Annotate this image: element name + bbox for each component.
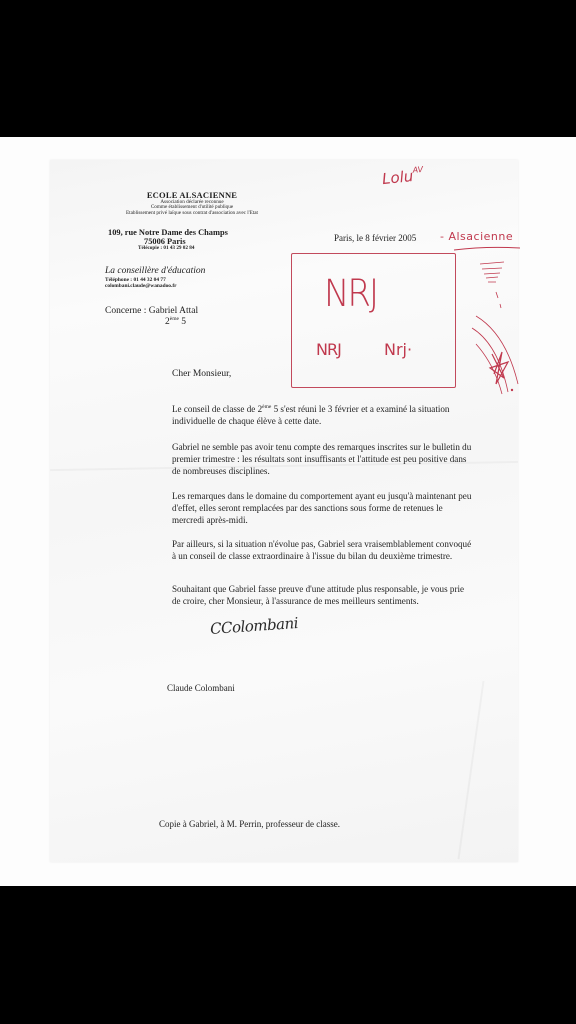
sender-block: La conseillère d'éducation Téléphone : 0…	[105, 266, 205, 289]
paragraph-closing: Souhaitant que Gabriel fasse preuve d'un…	[172, 583, 472, 607]
address-fax: Télécopie : 01 43 29 02 84	[108, 246, 258, 252]
subject-label: Concerne : Gabriel Attal	[105, 306, 198, 317]
subject-block: Concerne : Gabriel Attal 2ème 5	[105, 306, 198, 329]
handwritten-note-date: - Alsacienne	[440, 230, 513, 243]
paper-crease	[457, 681, 484, 860]
handwritten-nrj-small: NRJ	[316, 340, 341, 359]
signatory-name: Claude Colombani	[167, 683, 235, 693]
paragraph-results: Gabriel ne semble pas avoir tenu compte …	[172, 441, 472, 477]
sender-email: colombani.claude@wanadoo.fr	[105, 283, 205, 289]
subject-class: 2ème 5	[105, 317, 198, 328]
paragraph-council: Le conseil de classe de 2ème 5 s'est réu…	[172, 403, 472, 427]
letter-page: ECOLE ALSACIENNE Association déclarée re…	[50, 160, 518, 862]
handwritten-box: NRJ NRJ Nrj·	[291, 253, 456, 388]
school-letterhead: ECOLE ALSACIENNE Association déclarée re…	[112, 191, 272, 216]
paragraph-extraordinary-council: Par ailleurs, si la situation n'évolue p…	[172, 538, 472, 562]
letterhead-line: Etablissement privé laïque sous contrat …	[112, 211, 272, 216]
copy-line: Copie à Gabriel, à M. Perrin, professeur…	[159, 819, 340, 829]
address-street: 109, rue Notre Dame des Champs	[108, 228, 258, 237]
salutation: Cher Monsieur,	[172, 369, 231, 379]
handwritten-nrj-small: Nrj·	[384, 340, 412, 359]
handwritten-scribbles	[446, 244, 526, 404]
letter-date: Paris, le 8 février 2005	[334, 233, 416, 243]
handwritten-signature: CColombani	[209, 614, 298, 638]
class-suffix: 5	[179, 317, 186, 327]
class-superscript: ème	[170, 316, 179, 322]
paragraph-sanctions: Les remarques dans le domaine du comport…	[172, 490, 472, 526]
handwritten-note-top: LoluAV	[381, 166, 424, 188]
handwritten-nrj-large: NRJ	[324, 272, 377, 316]
sender-title: La conseillère d'éducation	[105, 266, 205, 277]
school-address: 109, rue Notre Dame des Champs 75006 Par…	[108, 228, 258, 252]
